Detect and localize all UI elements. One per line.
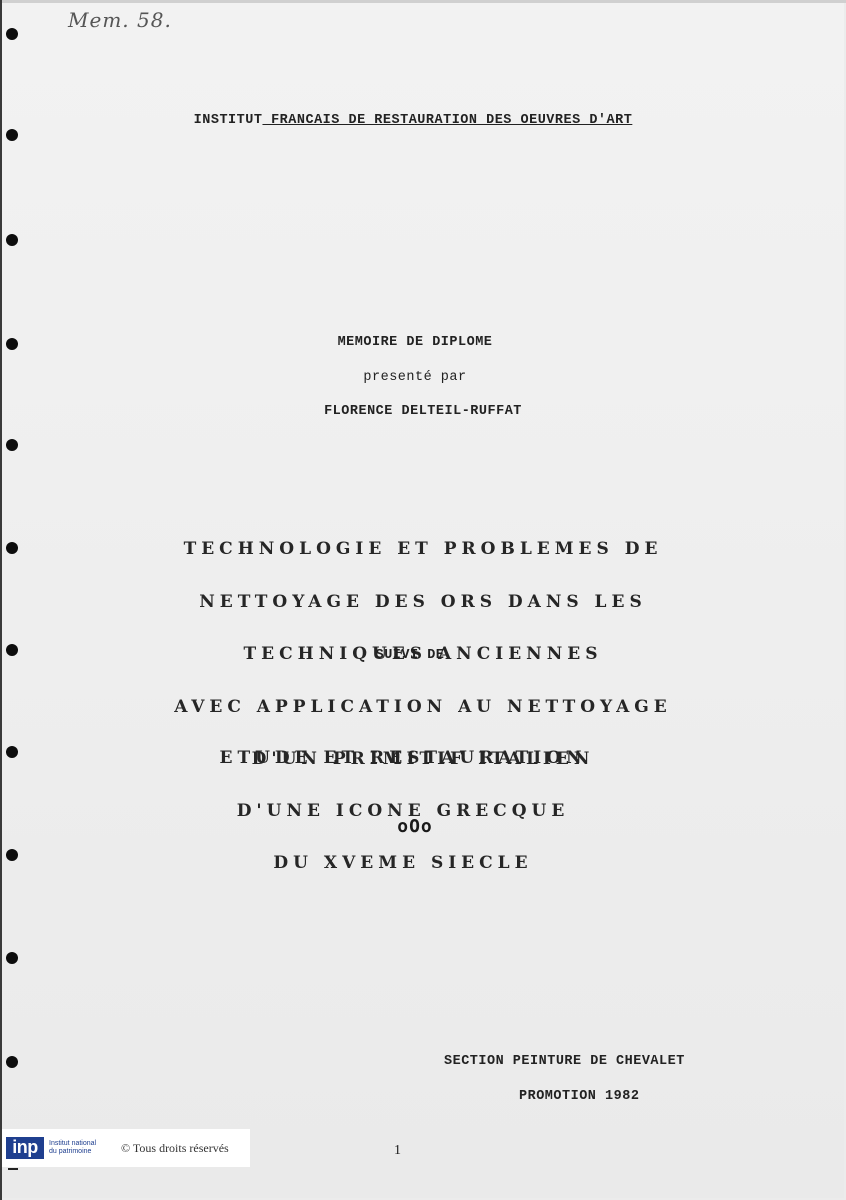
page-top-edge <box>0 0 846 3</box>
inp-logo-icon: inp <box>6 1137 44 1159</box>
presented-by: presenté par <box>0 370 830 385</box>
main-title-line: TECHNOLOGIE ET PROBLEMES DE <box>0 541 846 559</box>
main-title-line: NETTOYAGE DES ORS DANS LES <box>0 594 846 612</box>
rights-notice: © Tous droits réservés <box>121 1141 229 1156</box>
secondary-title-line: ETUDE ET RESTAURATION <box>0 750 806 768</box>
author-name: FLORENCE DELTEIL-RUFFAT <box>0 404 846 419</box>
punch-hole-icon <box>6 439 18 451</box>
org-name-line: Institut national <box>49 1140 115 1148</box>
org-name: Institut national du patrimoine <box>49 1140 115 1156</box>
followed-by: SUIVI DE <box>0 648 820 663</box>
punch-hole-icon <box>6 234 18 246</box>
punch-hole-icon <box>6 28 18 40</box>
institution-header: INSTITUT FRANCAIS DE RESTAURATION DES OE… <box>0 113 826 128</box>
memoire-label: MEMOIRE DE DIPLOME <box>0 335 830 350</box>
rights-footer: inp Institut national du patrimoine © To… <box>2 1129 250 1167</box>
main-title-line: AVEC APPLICATION AU NETTOYAGE <box>0 699 846 717</box>
institution-name: FRANCAIS DE RESTAURATION DES OEUVRES D'A… <box>262 113 632 128</box>
secondary-title-line: DU XVEME SIECLE <box>0 855 806 873</box>
separator-ornament: oOo <box>0 816 830 837</box>
punch-hole-icon <box>6 1056 18 1068</box>
org-name-line: du patrimoine <box>49 1148 115 1156</box>
promotion-label: PROMOTION 1982 <box>519 1089 639 1104</box>
handwritten-reference: Mem. 58. <box>68 8 172 32</box>
punch-hole-icon <box>6 952 18 964</box>
secondary-title: ETUDE ET RESTAURATION D'UNE ICONE GRECQU… <box>0 715 806 890</box>
institution-prefix: INSTITUT <box>194 113 263 128</box>
page-number: 1 <box>394 1143 401 1159</box>
section-label: SECTION PEINTURE DE CHEVALET <box>444 1054 685 1069</box>
punch-hole-icon <box>6 129 18 141</box>
scan-mark <box>8 1168 18 1170</box>
